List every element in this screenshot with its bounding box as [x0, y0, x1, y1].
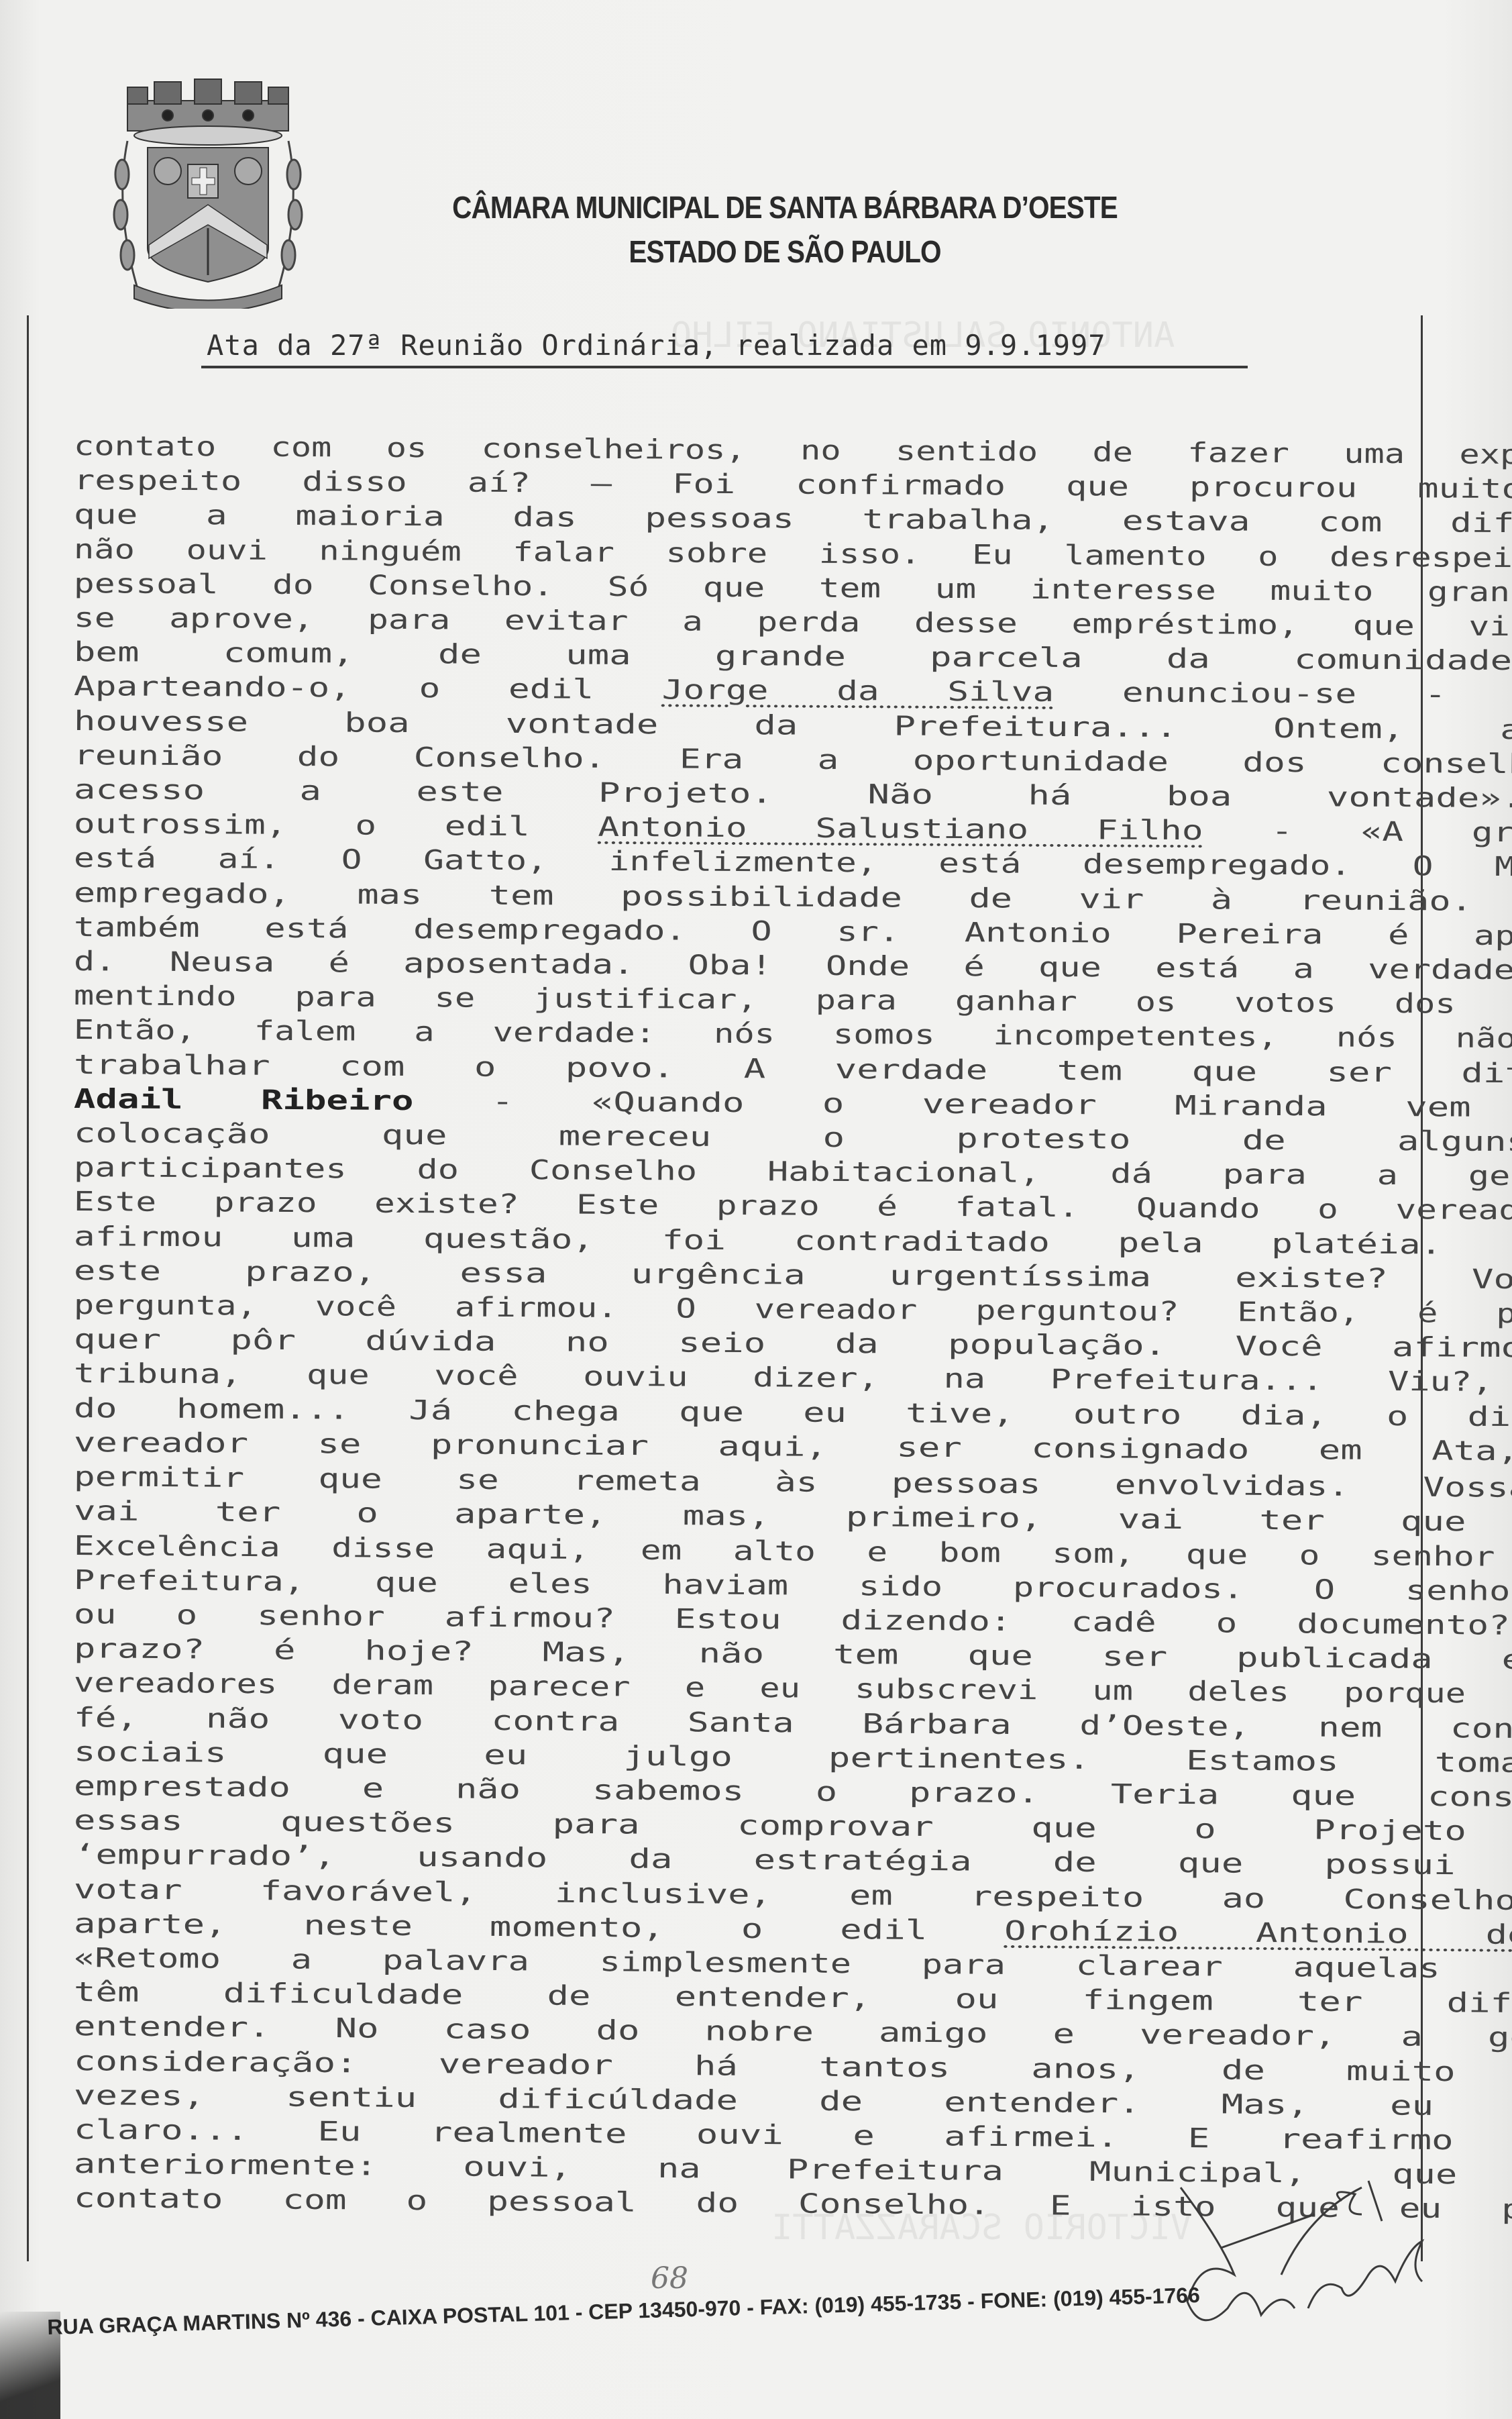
page-frame-left [27, 315, 29, 2261]
minutes-body: contato com os conselheiros, no sentido … [74, 429, 1395, 2216]
footer-address: RUA GRAÇA MARTINS Nº 436 - CAIXA POSTAL … [47, 2283, 1200, 2340]
title-underline [201, 366, 1248, 368]
text-segment: enunciou-se - «Miranda: se [1054, 677, 1512, 713]
handwritten-page-number: 68 [651, 2261, 688, 2296]
underlined-name: Orohízio Antonio de Miranda [1004, 1916, 1512, 1953]
letterhead: CÂMARA MUNICIPAL DE SANTA BÁRBARA D’OEST… [322, 189, 1248, 270]
text-segment: - «A grande mentira [1203, 816, 1512, 851]
text-segment: Aparteando-o, o edil [74, 671, 662, 705]
text-segment: aparte, neste momento, o edil [74, 1908, 1005, 1947]
underlined-name: Antonio Salustiano Filho [598, 812, 1203, 847]
scanned-page: CÂMARA MUNICIPAL DE SANTA BÁRBARA D’OEST… [0, 0, 1512, 2419]
bold-name: Adail Ribeiro [74, 1084, 414, 1117]
scan-shadow [0, 2312, 60, 2419]
underlined-name: Jorge da Silva [662, 675, 1055, 709]
text-segment: outrossim, o edil [74, 809, 598, 843]
bleed-through-text: ANTONIO SALUSTIANO FILHO [671, 315, 1175, 356]
state-name: ESTADO DE SÃO PAULO [378, 234, 1192, 270]
institution-name: CÂMARA MUNICIPAL DE SANTA BÁRBARA D’OEST… [378, 189, 1192, 225]
coat-of-arms-icon [101, 74, 315, 309]
signatures-icon [1140, 2174, 1512, 2349]
